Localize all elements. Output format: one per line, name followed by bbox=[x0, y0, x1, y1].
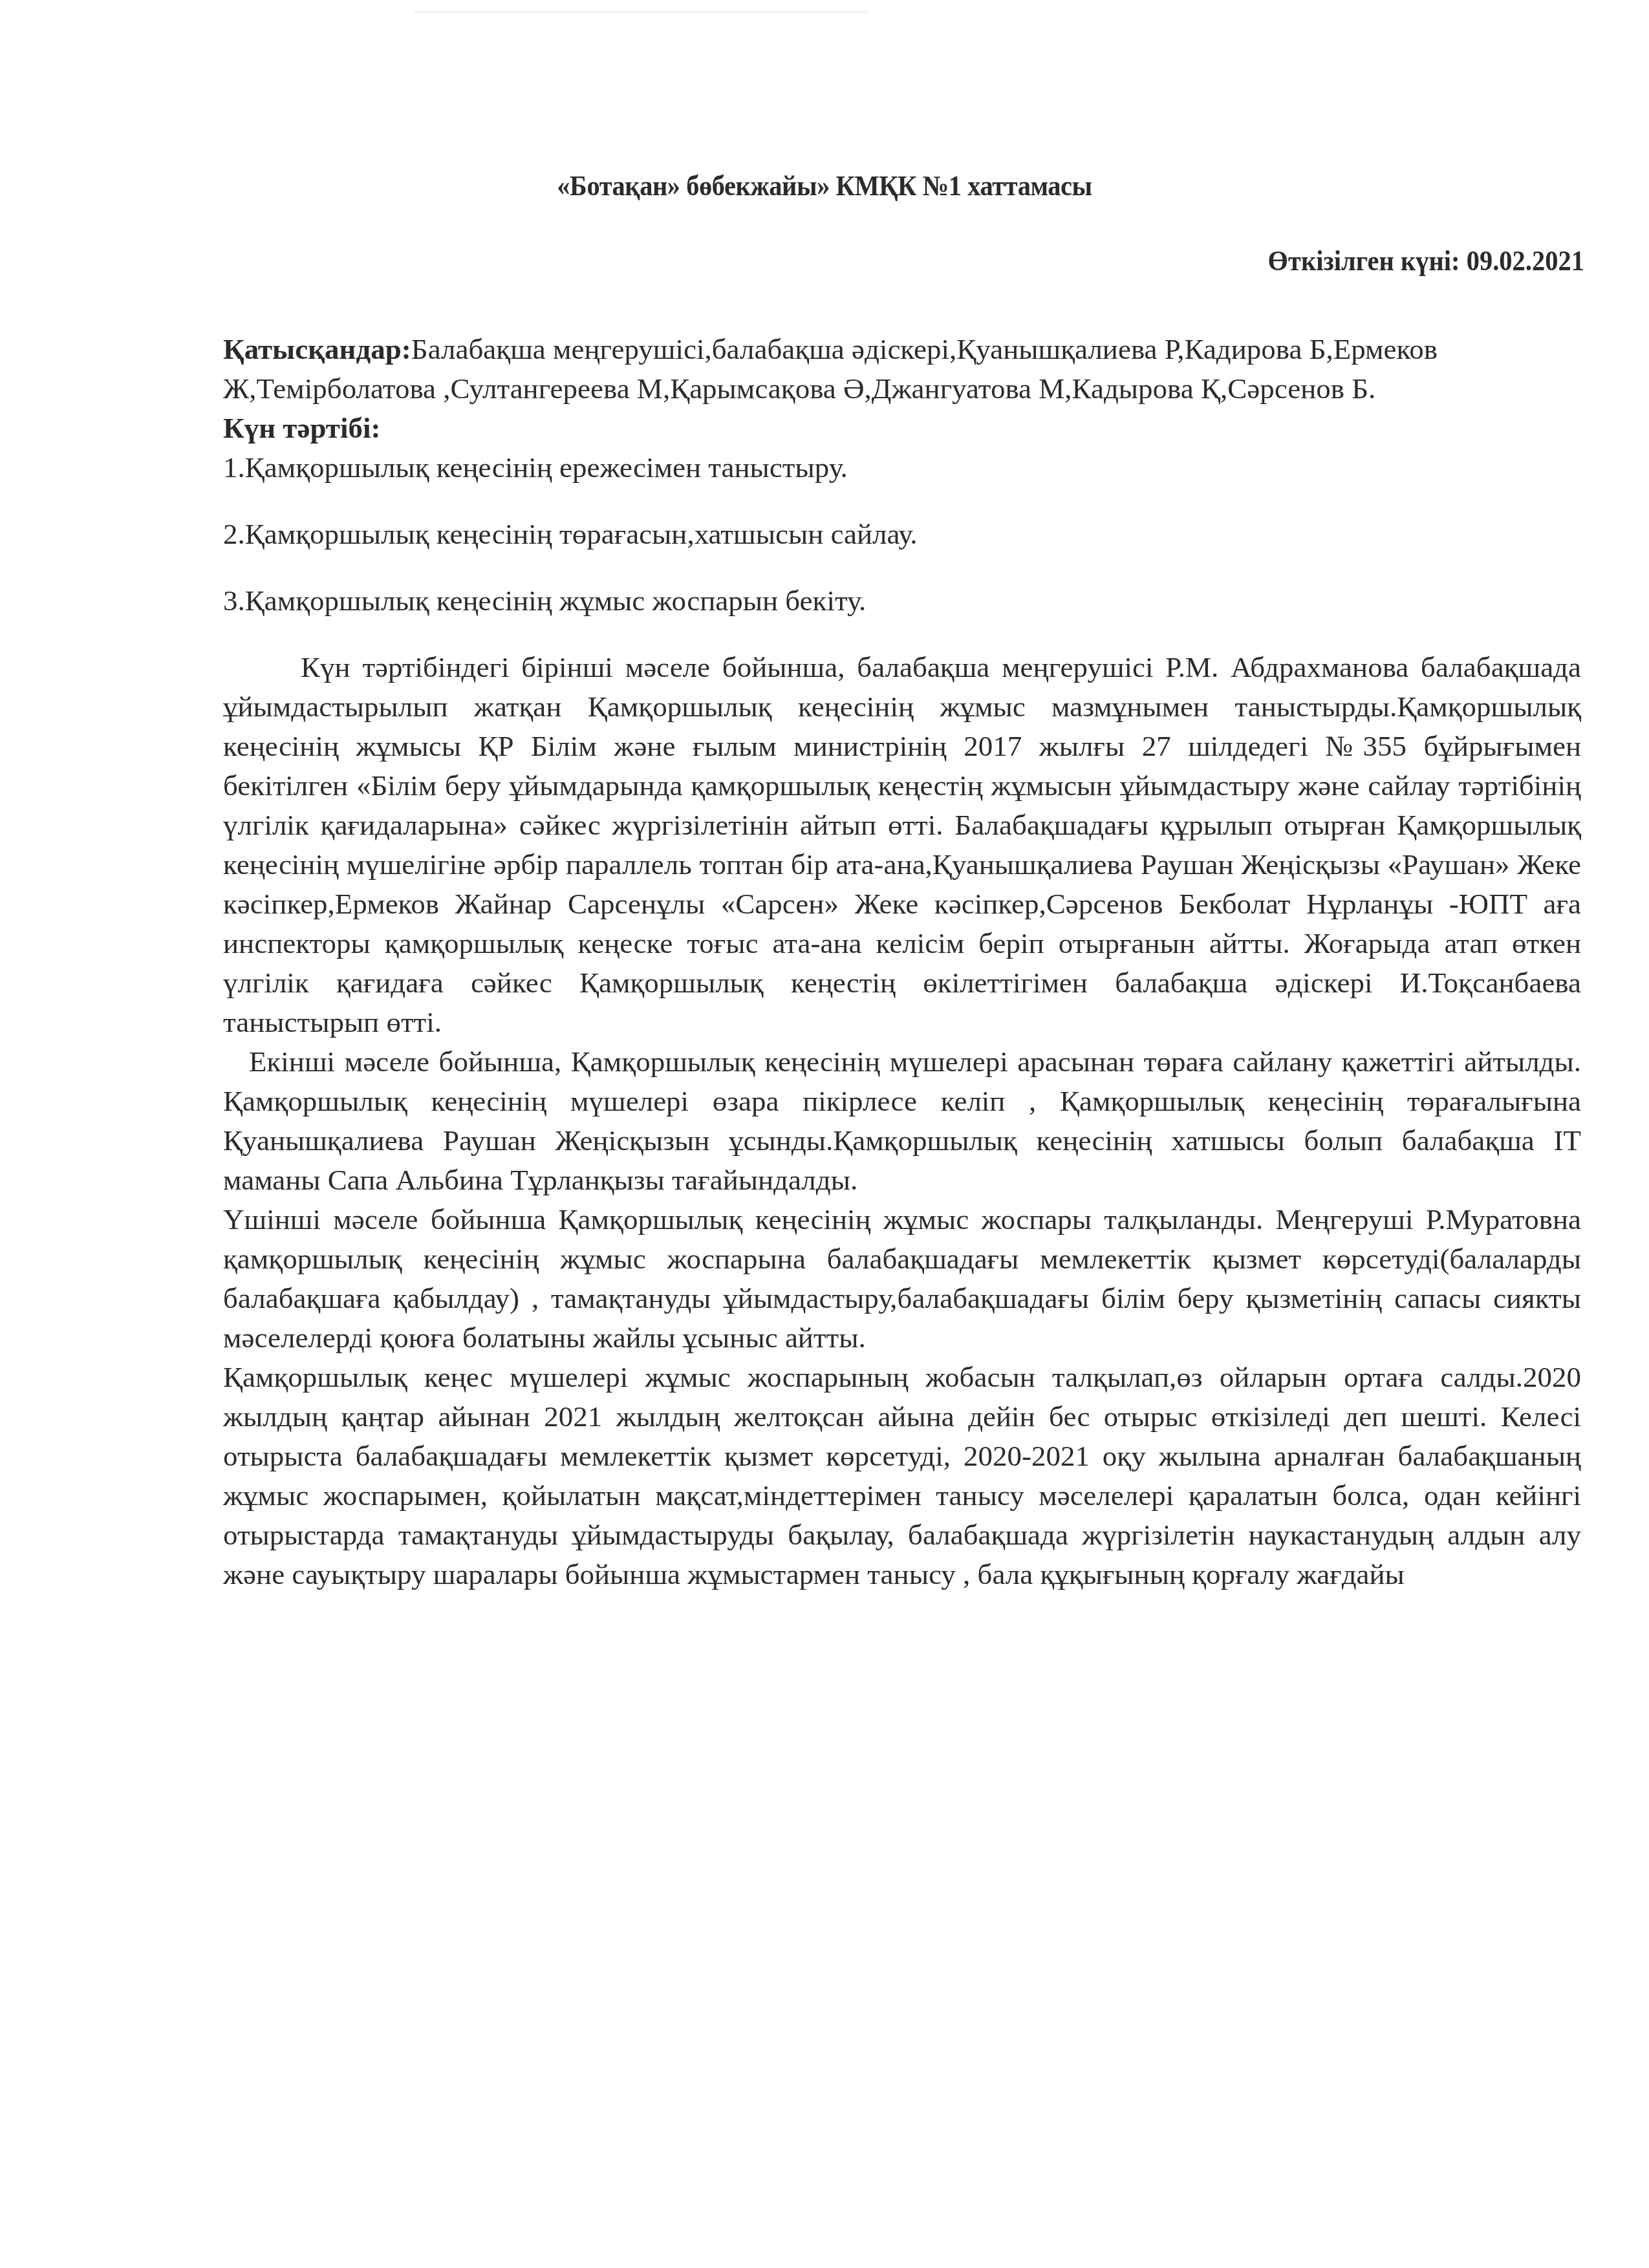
document-title: «Ботақан» бөбекжайы» КМҚК №1 хаттамасы bbox=[66, 169, 1583, 202]
attendees-label: Қатысқандар: bbox=[223, 333, 411, 365]
attendees-paragraph: Қатысқандар:Балабақша меңгерушісі,балаба… bbox=[223, 330, 1581, 409]
document-body: Қатысқандар:Балабақша меңгерушісі,балаба… bbox=[223, 330, 1581, 1594]
agenda-item: 3.Қамқоршылық кеңесінің жұмыс жоспарын б… bbox=[223, 581, 1581, 621]
paragraph-work-plan: Қамқоршылық кеңес мүшелері жұмыс жоспары… bbox=[223, 1358, 1581, 1594]
agenda-heading: Күн тәртібі: bbox=[223, 409, 1581, 448]
paragraph-second-issue: Екінші мәселе бойынша, Қамқоршылық кеңес… bbox=[223, 1042, 1581, 1200]
agenda-list: 1.Қамқоршылық кеңесінің ережесімен таныс… bbox=[223, 448, 1581, 621]
agenda-item: 1.Қамқоршылық кеңесінің ережесімен таныс… bbox=[223, 448, 1581, 487]
meeting-date: Өткізілген күні: 09.02.2021 bbox=[1268, 244, 1584, 277]
scan-artifact-line bbox=[414, 12, 867, 13]
document-page: «Ботақан» бөбекжайы» КМҚК №1 хаттамасы Ө… bbox=[0, 0, 1649, 2268]
paragraph-third-issue: Үшінші мәселе бойынша Қамқоршылық кеңесі… bbox=[223, 1200, 1581, 1358]
paragraph-first-issue: Күн тәртібіндегі бірінші мәселе бойынша,… bbox=[223, 648, 1581, 1042]
agenda-item: 2.Қамқоршылық кеңесінің төрағасын,хатшыс… bbox=[223, 515, 1581, 554]
